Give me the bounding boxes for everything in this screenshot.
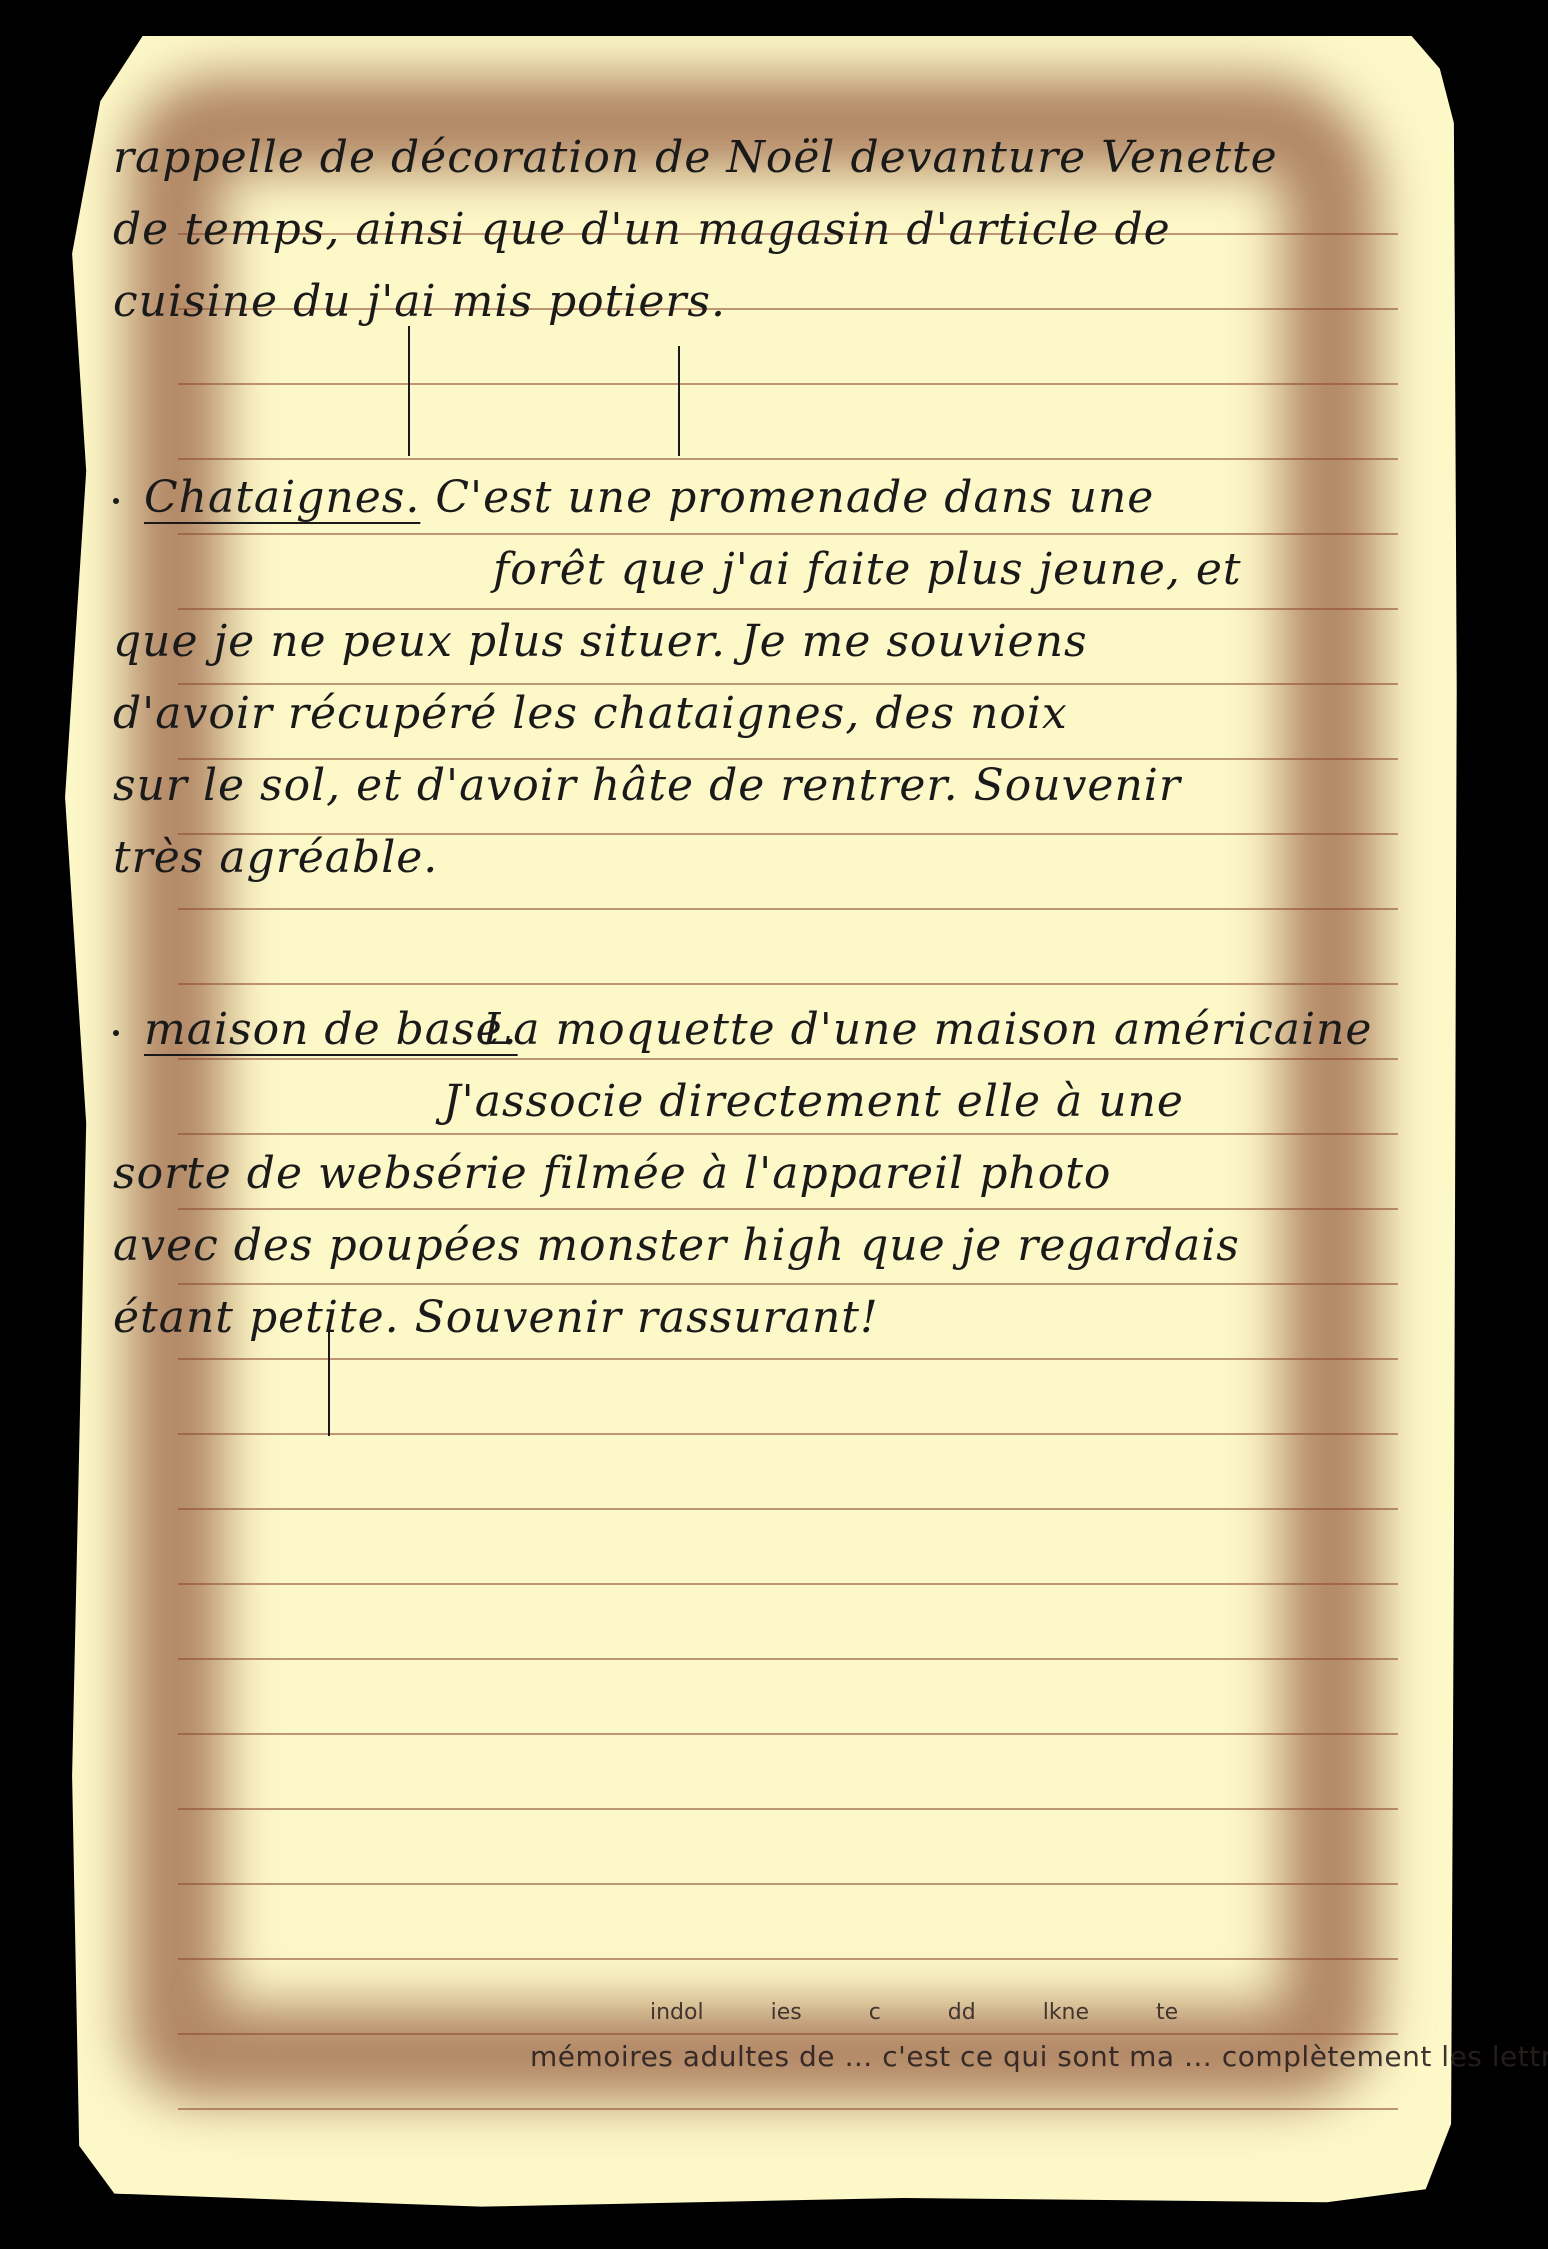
- entry-chataignes-line-5: sur le sol, et d'avoir hâte de rentrer. …: [113, 764, 1181, 808]
- entry-maison-line-4: avec des poupées monster high que je reg…: [113, 1224, 1240, 1268]
- entry-maison-line-3: sorte de websérie filmée à l'appareil ph…: [113, 1152, 1111, 1196]
- pen-stroke: [678, 346, 680, 456]
- entry-maison-line-1: La moquette d'une maison américaine: [483, 1008, 1372, 1052]
- entry-maison-line-2: J'associe directement elle à une: [443, 1080, 1184, 1124]
- bullet-dot-icon: [113, 498, 119, 504]
- pen-stroke: [408, 326, 410, 456]
- entry-chataignes-line-4: d'avoir récupéré les chataignes, des noi…: [113, 692, 1068, 736]
- entry-chataignes-first-line: Chataignes. C'est une promenade dans une: [113, 476, 1154, 520]
- footer-faint-fragments: indol ies c dd lkne te: [650, 2000, 1178, 2025]
- entry-chataignes-line-6: très agréable.: [113, 836, 438, 880]
- entry-heading-chataignes: Chataignes.: [144, 472, 420, 523]
- footer-scribbled-line: mémoires adultes de … c'est ce qui sont …: [530, 2040, 1548, 2073]
- entry-maison-line-5: étant petite. Souvenir rassurant!: [113, 1296, 879, 1340]
- entry-chataignes-line-2: forêt que j'ai faite plus jeune, et: [493, 548, 1242, 592]
- notebook-page: rappelle de décoration de Noël devanture…: [58, 36, 1468, 2211]
- bullet-dot-icon: [113, 1030, 119, 1036]
- pen-stroke: [328, 1326, 330, 1436]
- entry-chataignes-line-1: C'est une promenade dans une: [435, 472, 1154, 523]
- entry-chataignes-line-3: que je ne peux plus situer. Je me souvie…: [113, 620, 1088, 664]
- intro-line-3: cuisine du j'ai mis potiers.: [113, 280, 726, 324]
- entry-maison-first-line: maison de base.: [113, 1008, 518, 1052]
- entry-heading-maison: maison de base.: [144, 1004, 518, 1055]
- intro-line-2: de temps, ainsi que d'un magasin d'artic…: [113, 208, 1171, 252]
- intro-line-1: rappelle de décoration de Noël devanture…: [113, 136, 1278, 180]
